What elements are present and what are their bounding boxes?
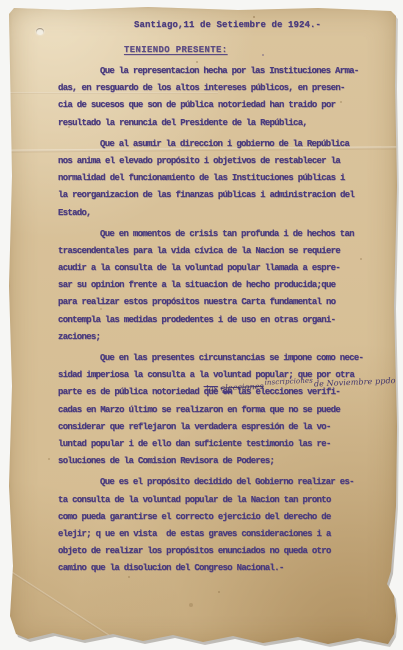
- handwriting-word: las: [206, 384, 221, 394]
- document-line: cadas en Marzo último se realizaron en f…: [58, 402, 397, 419]
- document-line: sar su opinion frente a la situacion de …: [58, 277, 397, 294]
- document-line: Que en momentos de crisis tan profunda i…: [58, 226, 397, 243]
- document-line: para realizar estos propósitos nuestra C…: [58, 294, 397, 311]
- text-segment: parte es de pública notoriedad: [58, 387, 204, 397]
- document-line: soluciones de la Comision Revisora de Po…: [58, 453, 397, 470]
- document-line: considerar que reflejaron la verdadera e…: [58, 419, 397, 436]
- paragraph: Que en las presentes circunstancias se i…: [58, 350, 397, 470]
- document-line: nos anima el elevado propósito i objetiv…: [58, 153, 397, 170]
- dateline: Santiago,11 de Setiembre de 1924.-: [134, 20, 397, 30]
- document-page: Santiago,11 de Setiembre de 1924.- TENIE…: [8, 6, 397, 646]
- document-line: Que al asumir la direccion i gobierno de…: [58, 136, 397, 153]
- document-line: normalidad del funcionamiento de las Ins…: [58, 170, 397, 187]
- document-line: zaciones;: [58, 329, 397, 346]
- paragraph: Que al asumir la direccion i gobierno de…: [58, 136, 397, 222]
- document-line: das, en resguardo de los altos intereses…: [58, 80, 397, 97]
- document-line: elejir; q ue en vista de estas graves co…: [58, 526, 397, 543]
- document-heading: TENIENDO PRESENTE:: [124, 45, 397, 55]
- document-line: luntad popular i de ello dan suficiente …: [58, 436, 397, 453]
- document-line: contempla las medidas prodedentes i de u…: [58, 312, 397, 329]
- handwriting-word: de Noviembre ppdo i: [314, 376, 401, 389]
- document-line: camino que la disolucion del Congreso Na…: [58, 560, 397, 577]
- document-line: cia de sucesos que son de pública notori…: [58, 97, 397, 114]
- document-body: Que la representacion hecha por las Inst…: [8, 63, 397, 577]
- document-line: Que en las presentes circunstancias se i…: [58, 350, 397, 367]
- paragraph: Que en momentos de crisis tan profunda i…: [58, 226, 397, 346]
- paragraph: Que es el propósito decidido del Gobiern…: [58, 474, 397, 577]
- document-line: como pueda garantirse el correcto ejerci…: [58, 509, 397, 526]
- handwriting-word: elecciones: [220, 382, 264, 393]
- document-line: la reorganizacion de las finanzas públic…: [58, 187, 397, 204]
- document-line: Que la representacion hecha por las Inst…: [58, 63, 397, 80]
- document-line: parte es de pública notoriedad que en la…: [58, 384, 397, 401]
- handwriting-word: inscripciones: [264, 377, 313, 387]
- document-line: resultado la renuncia del Presidente de …: [58, 115, 397, 132]
- document-line: ta consulta de la voluntad popular de la…: [58, 492, 397, 509]
- document-line: Estado,: [58, 205, 397, 222]
- document-line: acudir a la consulta de la voluntad popu…: [58, 260, 397, 277]
- paper-hole: [36, 28, 44, 35]
- paragraph: Que la representacion hecha por las Inst…: [58, 63, 397, 132]
- document-line: Que es el propósito decidido del Gobiern…: [58, 474, 397, 491]
- document-line: trascendentales para la vida cívica de l…: [58, 243, 397, 260]
- document-line: objeto de realizar los propósitos enunci…: [58, 543, 397, 560]
- paper-speckles: [8, 6, 10, 8]
